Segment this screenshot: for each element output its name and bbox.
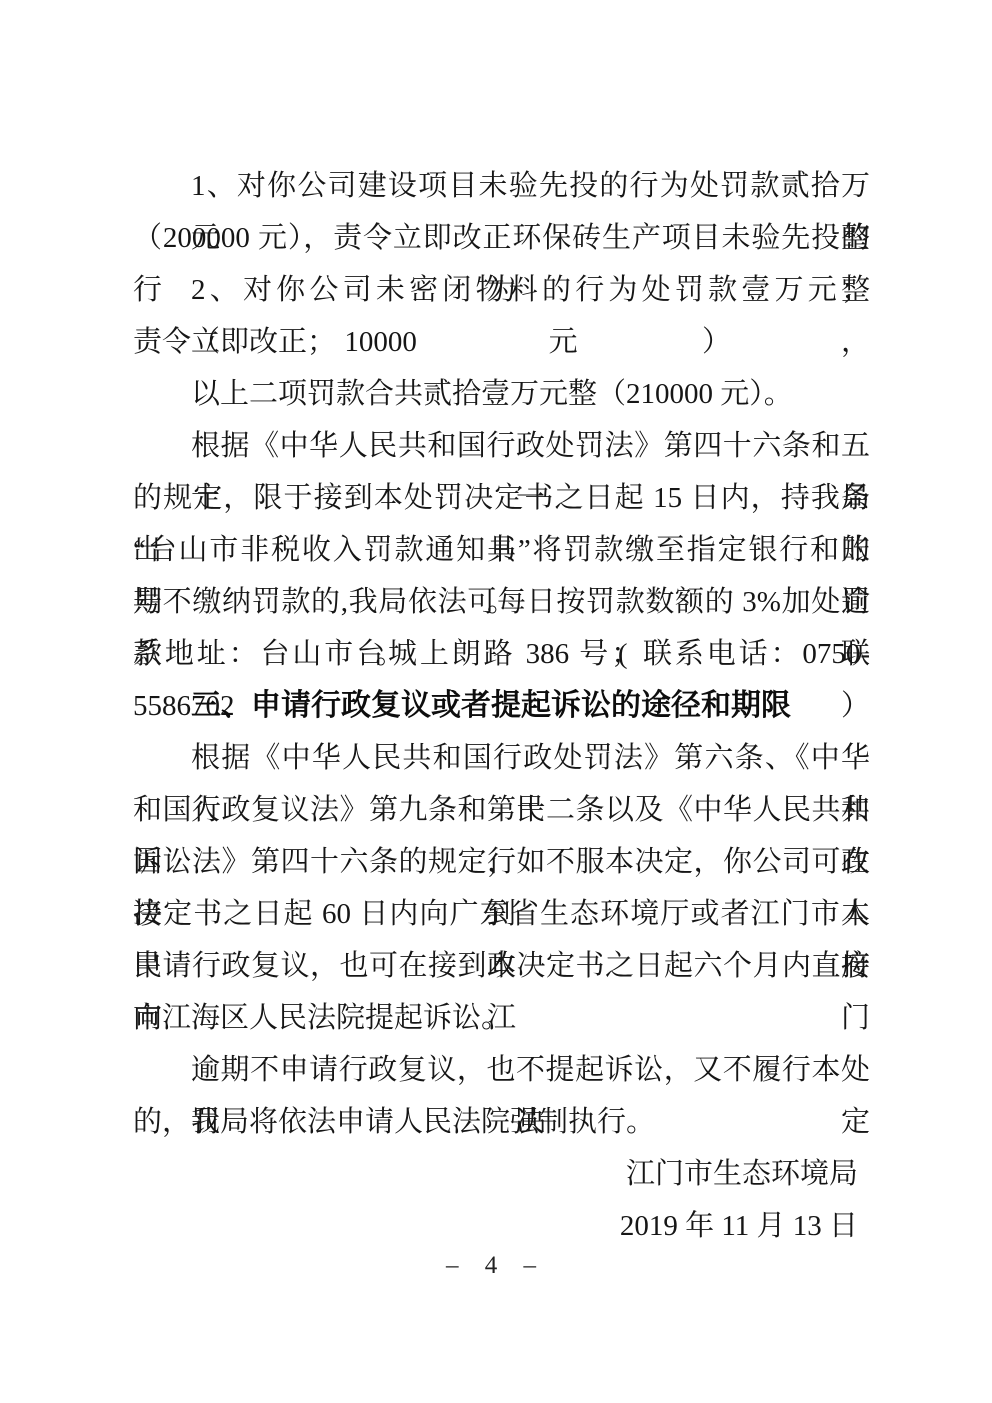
body-line: 以上二项罚款合共贰拾壹万元整（210000 元）。 <box>133 368 870 420</box>
body-line: 期不缴纳罚款的,我局依法可每日按罚款数额的 3%加处罚款。(联 <box>133 576 870 628</box>
body-line: 系地址：台山市台城上朗路 386 号；联系电话：0750-5586702） <box>133 628 870 680</box>
body-line: 申请行政复议，也可在接到本决定书之日起六个月内直接向江门 <box>133 940 870 992</box>
body-line: “台山市非税收入罚款通知书”将罚款缴至指定银行和账号。逾 <box>133 524 870 576</box>
issue-date: 2019 年 11 月 13 日 <box>133 1200 870 1252</box>
document-body: 1、对你公司建设项目未验先投的行为处罚款贰拾万元整 （200000 元），责令立… <box>133 160 870 1252</box>
body-line: 诉讼法》第四十六条的规定，如不服本决定，你公司可在接到本 <box>133 836 870 888</box>
document-page: 1、对你公司建设项目未验先投的行为处罚款贰拾万元整 （200000 元），责令立… <box>0 0 992 1403</box>
body-line: 决定书之日起 60 日内向广东省生态环境厅或者江门市人民政府 <box>133 888 870 940</box>
body-line: 根据《中华人民共和国行政处罚法》第四十六条和五十一条 <box>133 420 870 472</box>
body-line: 逾期不申请行政复议，也不提起诉讼，又不履行本处罚决定 <box>133 1044 870 1096</box>
body-line: 和国行政复议法》第九条和第十二条以及《中华人民共和国行政 <box>133 784 870 836</box>
body-line: 的规定，限于接到本处罚决定书之日起 15 日内，持我局出具的 <box>133 472 870 524</box>
page-number: – 4 – <box>0 1248 992 1284</box>
issuing-authority: 江门市生态环境局 <box>133 1148 870 1200</box>
body-line: 根据《中华人民共和国行政处罚法》第六条、《中华人民共 <box>133 732 870 784</box>
body-line: 2、对你公司未密闭物料的行为处罚款壹万元整（10000 元）， <box>133 264 870 316</box>
body-line: 1、对你公司建设项目未验先投的行为处罚款贰拾万元整 <box>133 160 870 212</box>
body-line: （200000 元），责令立即改正环保砖生产项目未验先投的行为； <box>133 212 870 264</box>
section-heading: 三、申请行政复议或者提起诉讼的途径和期限 <box>133 680 870 732</box>
